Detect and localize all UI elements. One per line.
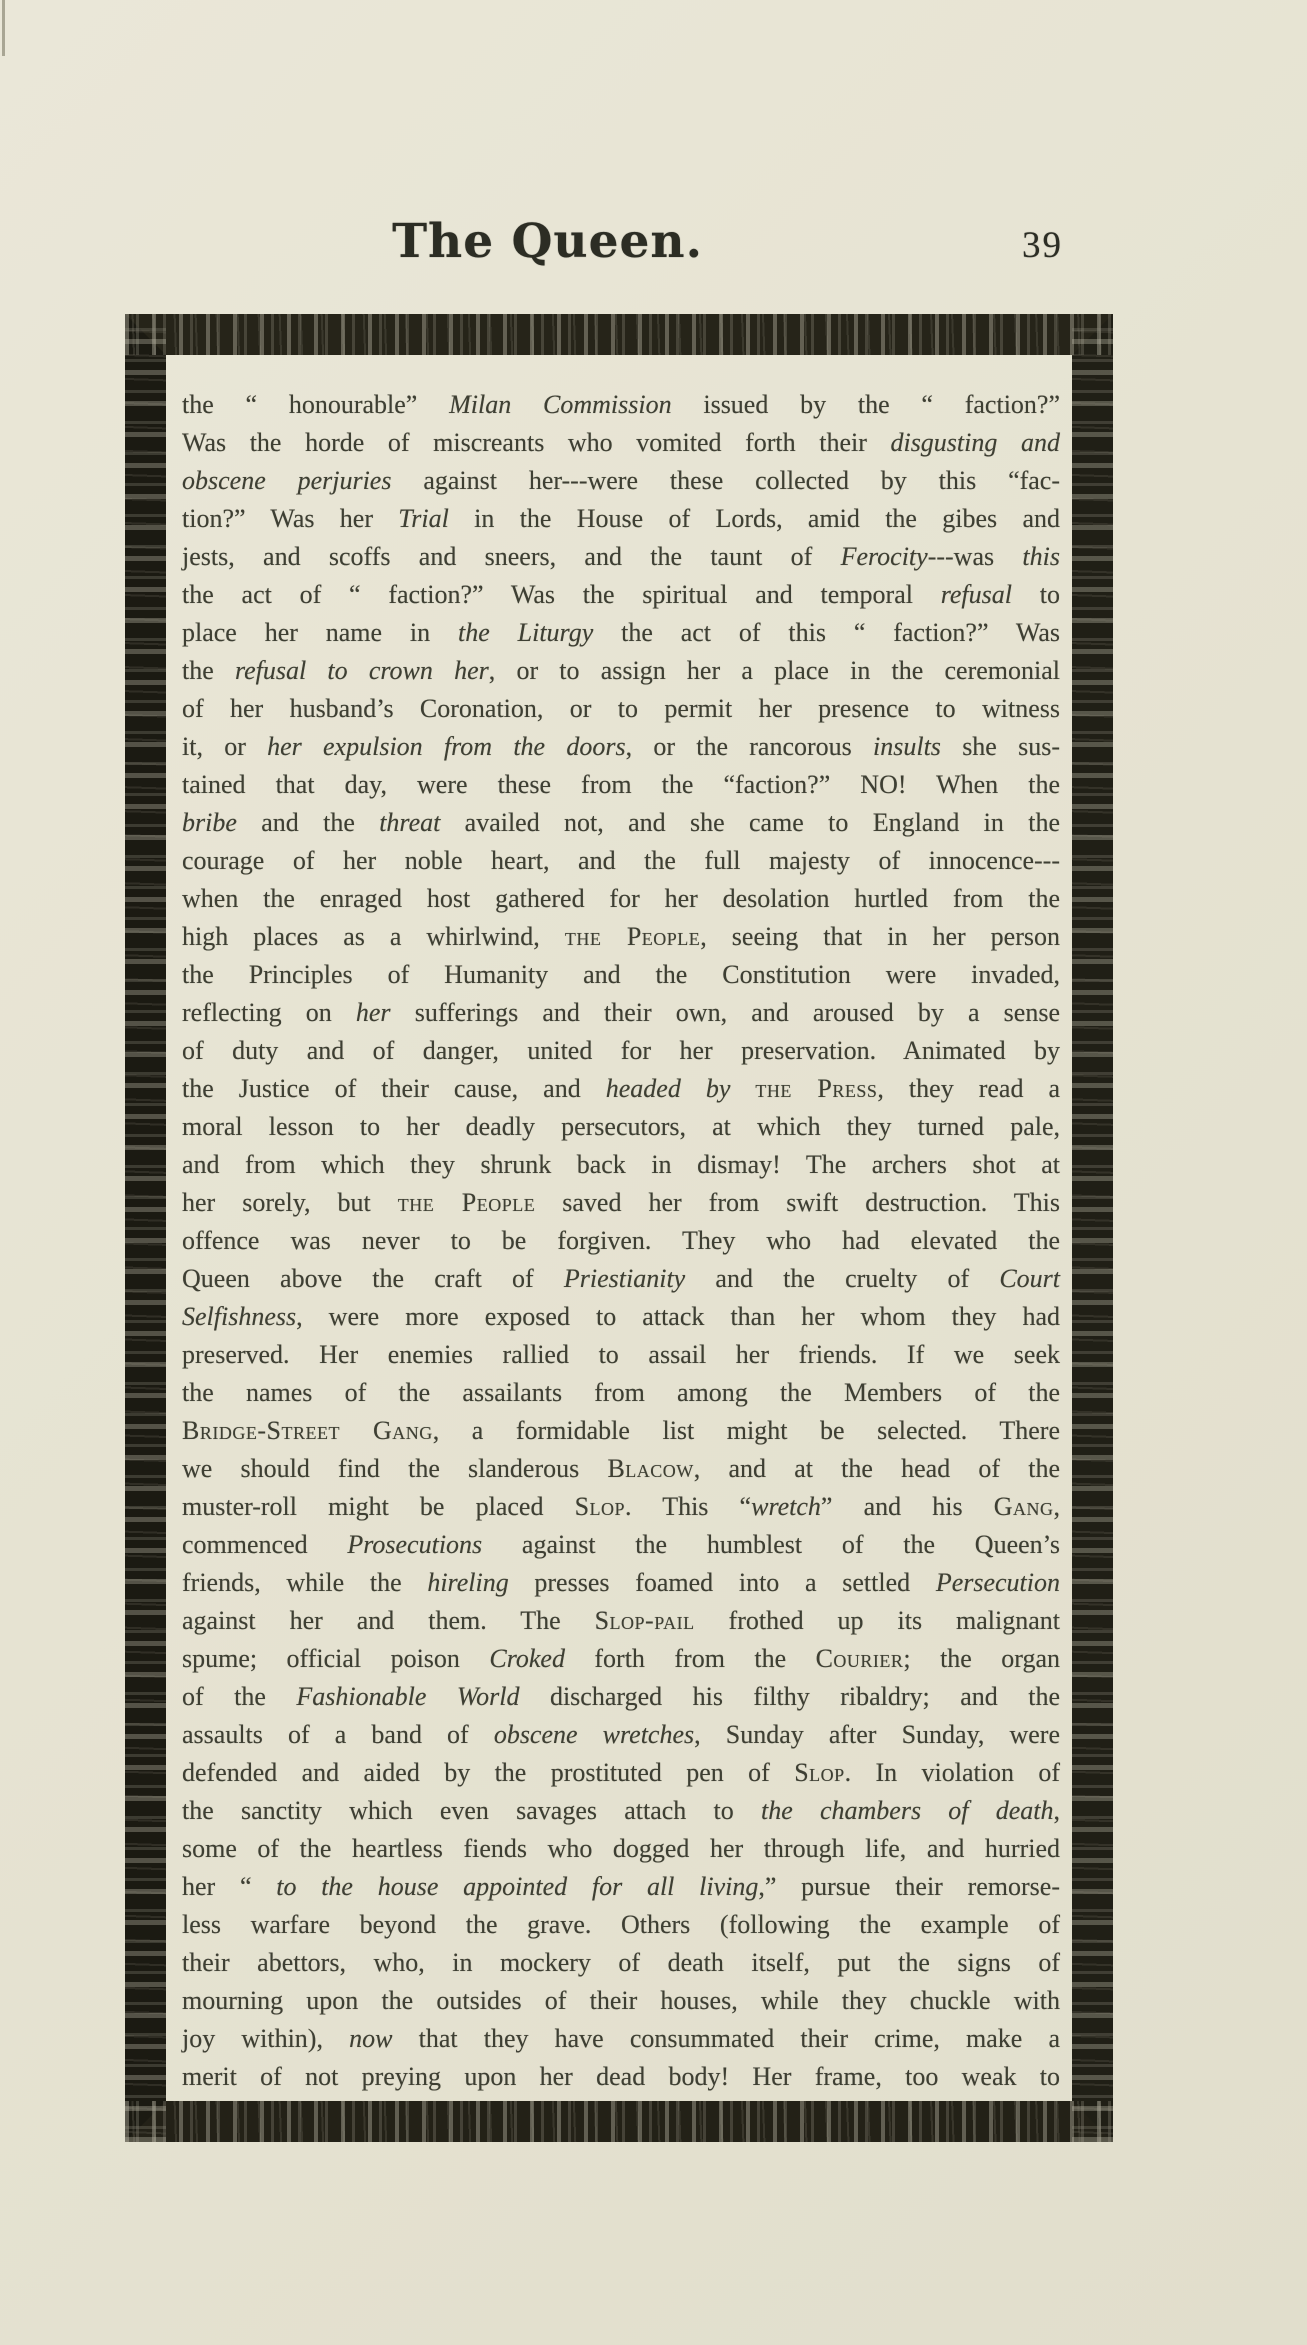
text-segment: the act of “ faction?” Was the spiritual… (182, 580, 941, 609)
text-segment: tion?” Was her (182, 504, 398, 533)
text-segment: this (1022, 542, 1060, 571)
text-segment: disgusting and (890, 428, 1060, 457)
text-segment: , (1054, 1492, 1061, 1521)
text-line: mourning upon the outsides of their hous… (182, 1982, 1060, 2020)
text-segment: tained that day, were these from the “fa… (182, 770, 1060, 799)
text-line: place her name in the Liturgy the act of… (182, 614, 1060, 652)
text-line: muster-roll might be placed Slop. This “… (182, 1488, 1060, 1526)
text-segment: ” and his (821, 1492, 994, 1521)
text-line: reflecting on her sufferings and their o… (182, 994, 1060, 1032)
text-segment: insults (873, 732, 941, 761)
text-segment: Blacow (607, 1454, 693, 1483)
text-segment: friends, while the (182, 1568, 427, 1597)
text-segment: against her and them. The (182, 1606, 595, 1635)
text-segment: when the enraged host gathered for her d… (182, 884, 1060, 913)
text-segment: , seeing that in her person (700, 922, 1060, 951)
text-line: Selfishness, were more exposed to attack… (182, 1298, 1060, 1336)
text-segment: Slop-pail (595, 1606, 695, 1635)
text-segment: Fashionable World (296, 1682, 519, 1711)
text-segment: Priestianity (564, 1264, 685, 1293)
text-segment: Milan Commission (449, 390, 671, 419)
text-segment: , they read a (877, 1074, 1060, 1103)
text-segment: the act of this “ faction?” Was (593, 618, 1060, 647)
text-segment: her (356, 998, 391, 1027)
text-segment: Was the horde of miscreants who vomited … (182, 428, 890, 457)
text-segment: spume; official poison (182, 1644, 489, 1673)
text-segment: less warfare beyond the grave. Others (f… (182, 1910, 1060, 1939)
text-segment: commenced (182, 1530, 347, 1559)
text-segment: refusal (941, 580, 1012, 609)
text-segment: Selfishness (182, 1302, 296, 1331)
text-segment: the Press (755, 1074, 877, 1103)
text-segment: some of the heartless fiends who dogged … (182, 1834, 1060, 1863)
text-segment: Slop (575, 1492, 625, 1521)
text-segment: their abettors, who, in mockery of death… (182, 1948, 1060, 1977)
text-segment: of her husband’s Coronation, or to permi… (182, 694, 1060, 723)
text-line: when the enraged host gathered for her d… (182, 880, 1060, 918)
text-segment: , or the rancorous (626, 732, 873, 761)
text-segment: against the humblest of the Queen’s (482, 1530, 1060, 1559)
text-segment: muster-roll might be placed (182, 1492, 575, 1521)
text-segment: high places as a whirlwind, (182, 922, 565, 951)
text-segment: ---was (928, 542, 1023, 571)
text-line: the Justice of their cause, and headed b… (182, 1070, 1060, 1108)
frame-texture-right (1072, 314, 1113, 2142)
text-line: joy within), now that they have consumma… (182, 2020, 1060, 2058)
text-segment: and the cruelty of (685, 1264, 999, 1293)
text-segment: Croked (489, 1644, 565, 1673)
text-line: her “ to the house appointed for all liv… (182, 1868, 1060, 1906)
text-line: merit of not preying upon her dead body!… (182, 2058, 1060, 2096)
text-segment: Slop (794, 1758, 844, 1787)
text-segment: in the House of Lords, amid the gibes an… (449, 504, 1060, 533)
text-segment: she sus- (941, 732, 1060, 761)
text-segment: sufferings and their own, and aroused by… (391, 998, 1060, 1027)
text-segment: Persecution (936, 1568, 1060, 1597)
text-segment: jests, and scoffs and sneers, and the ta… (182, 542, 841, 571)
text-segment: the Justice of their cause, and (182, 1074, 606, 1103)
text-line: the “ honourable” Milan Commission issue… (182, 386, 1060, 424)
frame-texture-bottom (125, 2101, 1113, 2142)
text-line: obscene perjuries against her---were the… (182, 462, 1060, 500)
text-line: the refusal to crown her, or to assign h… (182, 652, 1060, 690)
body-text: the “ honourable” Milan Commission issue… (182, 386, 1060, 2096)
text-segment: . This “ (625, 1492, 751, 1521)
text-segment: her expulsion from the doors (267, 732, 625, 761)
text-line: the act of “ faction?” Was the spiritual… (182, 576, 1060, 614)
text-segment: the Principles of Humanity and the Const… (182, 960, 1060, 989)
text-segment: the “ honourable” (182, 390, 449, 419)
text-segment: the chambers of death (761, 1796, 1054, 1825)
text-segment: her “ (182, 1872, 276, 1901)
text-segment: mourning upon the outsides of their hous… (182, 1986, 1060, 2015)
text-segment: the Liturgy (458, 618, 593, 647)
text-segment: defended and aided by the prostituted pe… (182, 1758, 794, 1787)
text-segment: , and at the head of the (694, 1454, 1060, 1483)
text-line: assaults of a band of obscene wretches, … (182, 1716, 1060, 1754)
text-segment: that they have consummated their crime, … (392, 2024, 1060, 2053)
text-segment: Queen above the craft of (182, 1264, 564, 1293)
text-line: preserved. Her enemies rallied to assail… (182, 1336, 1060, 1374)
text-segment: the names of the assailants from among t… (182, 1378, 1060, 1407)
text-segment: , were more exposed to attack than her w… (296, 1302, 1060, 1331)
text-segment: Court (999, 1264, 1060, 1293)
text-segment: of duty and of danger, united for her pr… (182, 1036, 1060, 1065)
text-segment: moral lesson to her deadly persecutors, … (182, 1112, 1060, 1141)
text-segment: , or to assign her a place in the ceremo… (489, 656, 1060, 685)
text-segment: obscene perjuries (182, 466, 391, 495)
text-segment: bribe (182, 808, 237, 837)
text-line: offence was never to be forgiven. They w… (182, 1222, 1060, 1260)
text-line: of her husband’s Coronation, or to permi… (182, 690, 1060, 728)
text-segment: to (1012, 580, 1060, 609)
text-line: the Principles of Humanity and the Const… (182, 956, 1060, 994)
text-segment: presses foamed into a settled (509, 1568, 936, 1597)
text-segment: offence was never to be forgiven. They w… (182, 1226, 1060, 1255)
text-line: Was the horde of miscreants who vomited … (182, 424, 1060, 462)
text-line: their abettors, who, in mockery of death… (182, 1944, 1060, 1982)
text-segment: of the (182, 1682, 296, 1711)
scan-artifact (2, 0, 5, 56)
text-segment: obscene wretches (494, 1720, 694, 1749)
text-line: of duty and of danger, united for her pr… (182, 1032, 1060, 1070)
text-segment: hireling (427, 1568, 508, 1597)
text-segment: we should find the slanderous (182, 1454, 607, 1483)
page-title: The Queen. (0, 214, 1095, 269)
frame-texture-top (125, 314, 1113, 355)
text-segment: reflecting on (182, 998, 356, 1027)
text-segment: the People (398, 1188, 535, 1217)
text-line: jests, and scoffs and sneers, and the ta… (182, 538, 1060, 576)
text-line: defended and aided by the prostituted pe… (182, 1754, 1060, 1792)
text-segment: Ferocity (841, 542, 928, 571)
text-segment: Prosecutions (347, 1530, 482, 1559)
text-line: commenced Prosecutions against the humbl… (182, 1526, 1060, 1564)
text-line: less warfare beyond the grave. Others (f… (182, 1906, 1060, 1944)
text-segment: Bridge-Street Gang (182, 1416, 433, 1445)
text-line: we should find the slanderous Blacow, an… (182, 1450, 1060, 1488)
text-segment: Gang (994, 1492, 1054, 1521)
text-segment: now (349, 2024, 392, 2053)
text-segment: preserved. Her enemies rallied to assail… (182, 1340, 1060, 1369)
text-line: courage of her noble heart, and the full… (182, 842, 1060, 880)
text-segment: . In violation of (845, 1758, 1060, 1787)
text-segment: refusal to crown her (235, 656, 489, 685)
text-segment: forth from the (565, 1644, 816, 1673)
text-segment: issued by the “ faction?” (672, 390, 1060, 419)
text-line: tained that day, were these from the “fa… (182, 766, 1060, 804)
text-segment: courage of her noble heart, and the full… (182, 846, 1060, 875)
text-segment: ,” pursue their remorse- (758, 1872, 1060, 1901)
text-segment: ; the organ (903, 1644, 1060, 1673)
text-line: the sanctity which even savages attach t… (182, 1792, 1060, 1830)
text-line: some of the heartless fiends who dogged … (182, 1830, 1060, 1868)
text-segment: place her name in (182, 618, 458, 647)
text-segment: the sanctity which even savages attach t… (182, 1796, 761, 1825)
text-segment: joy within), (182, 2024, 349, 2053)
frame-texture-left (125, 314, 166, 2142)
text-line: it, or her expulsion from the doors, or … (182, 728, 1060, 766)
text-line: high places as a whirlwind, the People, … (182, 918, 1060, 956)
text-line: bribe and the threat availed not, and sh… (182, 804, 1060, 842)
text-segment: availed not, and she came to England in … (440, 808, 1060, 837)
text-line: her sorely, but the People saved her fro… (182, 1184, 1060, 1222)
text-segment: and from which they shrunk back in disma… (182, 1150, 1060, 1179)
text-segment (730, 1074, 755, 1103)
text-segment: the People (565, 922, 700, 951)
text-segment: , (1054, 1796, 1061, 1825)
text-segment: discharged his filthy ribaldry; and the (519, 1682, 1060, 1711)
text-segment: , a formidable list might be selected. T… (433, 1416, 1060, 1445)
text-segment: , Sunday after Sunday, were (694, 1720, 1060, 1749)
text-line: Bridge-Street Gang, a formidable list mi… (182, 1412, 1060, 1450)
text-line: spume; official poison Croked forth from… (182, 1640, 1060, 1678)
text-segment: against her---were these collected by th… (391, 466, 1060, 495)
text-segment: Trial (398, 504, 449, 533)
text-segment: threat (379, 808, 440, 837)
text-line: Queen above the craft of Priestianity an… (182, 1260, 1060, 1298)
text-segment: frothed up its malignant (695, 1606, 1060, 1635)
text-segment: the (182, 656, 235, 685)
text-segment: merit of not preying upon her dead body!… (182, 2062, 1060, 2091)
text-line: the names of the assailants from among t… (182, 1374, 1060, 1412)
page-number: 39 (1022, 224, 1063, 267)
text-segment: headed by (606, 1074, 731, 1103)
text-segment: her sorely, but (182, 1188, 398, 1217)
text-line: against her and them. The Slop-pail frot… (182, 1602, 1060, 1640)
text-segment: assaults of a band of (182, 1720, 494, 1749)
text-segment: Courier (816, 1644, 904, 1673)
text-line: and from which they shrunk back in disma… (182, 1146, 1060, 1184)
text-line: tion?” Was her Trial in the House of Lor… (182, 500, 1060, 538)
text-segment: to the house appointed for all living (276, 1872, 758, 1901)
text-line: friends, while the hireling presses foam… (182, 1564, 1060, 1602)
text-segment: wretch (751, 1492, 821, 1521)
text-line: of the Fashionable World discharged his … (182, 1678, 1060, 1716)
text-segment: saved her from swift destruction. This (535, 1188, 1060, 1217)
text-line: moral lesson to her deadly persecutors, … (182, 1108, 1060, 1146)
text-segment: it, or (182, 732, 267, 761)
text-segment: and the (237, 808, 379, 837)
